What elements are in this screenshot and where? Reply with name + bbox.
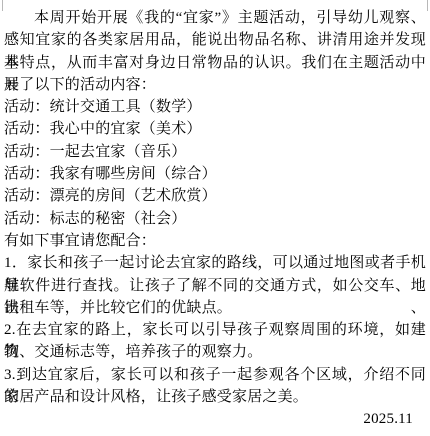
activity-line: 活动：漂亮的房间（艺术欣赏） (4, 185, 426, 207)
text-line: 感知宜家的各类家居用品，能说出物品名称、讲清用途并发现基 (4, 29, 426, 51)
text-line: 展了以下的活动内容： (4, 74, 426, 96)
numbered-item-line: 物、交通标志等，培养孩子的观察力。 (4, 341, 426, 363)
document-page: { "page": { "background": "#ffffff", "te… (0, 0, 430, 436)
activity-line: 活动：我心中的宜家（美术） (4, 118, 426, 140)
notice-body: 本周开始开展《我的“宜家”》主题活动，引导幼儿观察、 感知宜家的各类家居用品，能… (4, 7, 426, 431)
activity-line: 活动：统计交通工具（数学） (4, 96, 426, 118)
text-line: 本特点，从而丰富对身边日常物品的认识。我们在主题活动中开 (4, 52, 426, 74)
numbered-item-line: 3.到达宜家后，家长可以和孩子一起参观各个区域，介绍不同的 (4, 364, 426, 386)
text-line: 本周开始开展《我的“宜家”》主题活动，引导幼儿观察、 (4, 7, 426, 29)
date: 2025.11 (4, 408, 426, 430)
page-border-fragment-left (2, 0, 3, 11)
numbered-item-line: 2.在去宜家的路上，家长可以引导孩子观察周围的环境，如建筑 (4, 319, 426, 341)
numbered-item-line: 1．家长和孩子一起讨论去宜家的路线，可以通过地图或者手机导 (4, 252, 426, 274)
numbered-item-line: 航软件进行查找。让孩子了解不同的交通方式，如公交车、地铁、 (4, 275, 426, 297)
activity-line: 活动：一起去宜家（音乐） (4, 141, 426, 163)
numbered-item-line: 家居产品和设计风格，让孩子感受家居之美。 (4, 386, 426, 408)
page-border-fragment-right (427, 0, 428, 11)
activity-line: 活动：标志的秘密（社会） (4, 208, 426, 230)
text-line: 有如下事宜请您配合： (4, 230, 426, 252)
activity-line: 活动：我家有哪些房间（综合） (4, 163, 426, 185)
